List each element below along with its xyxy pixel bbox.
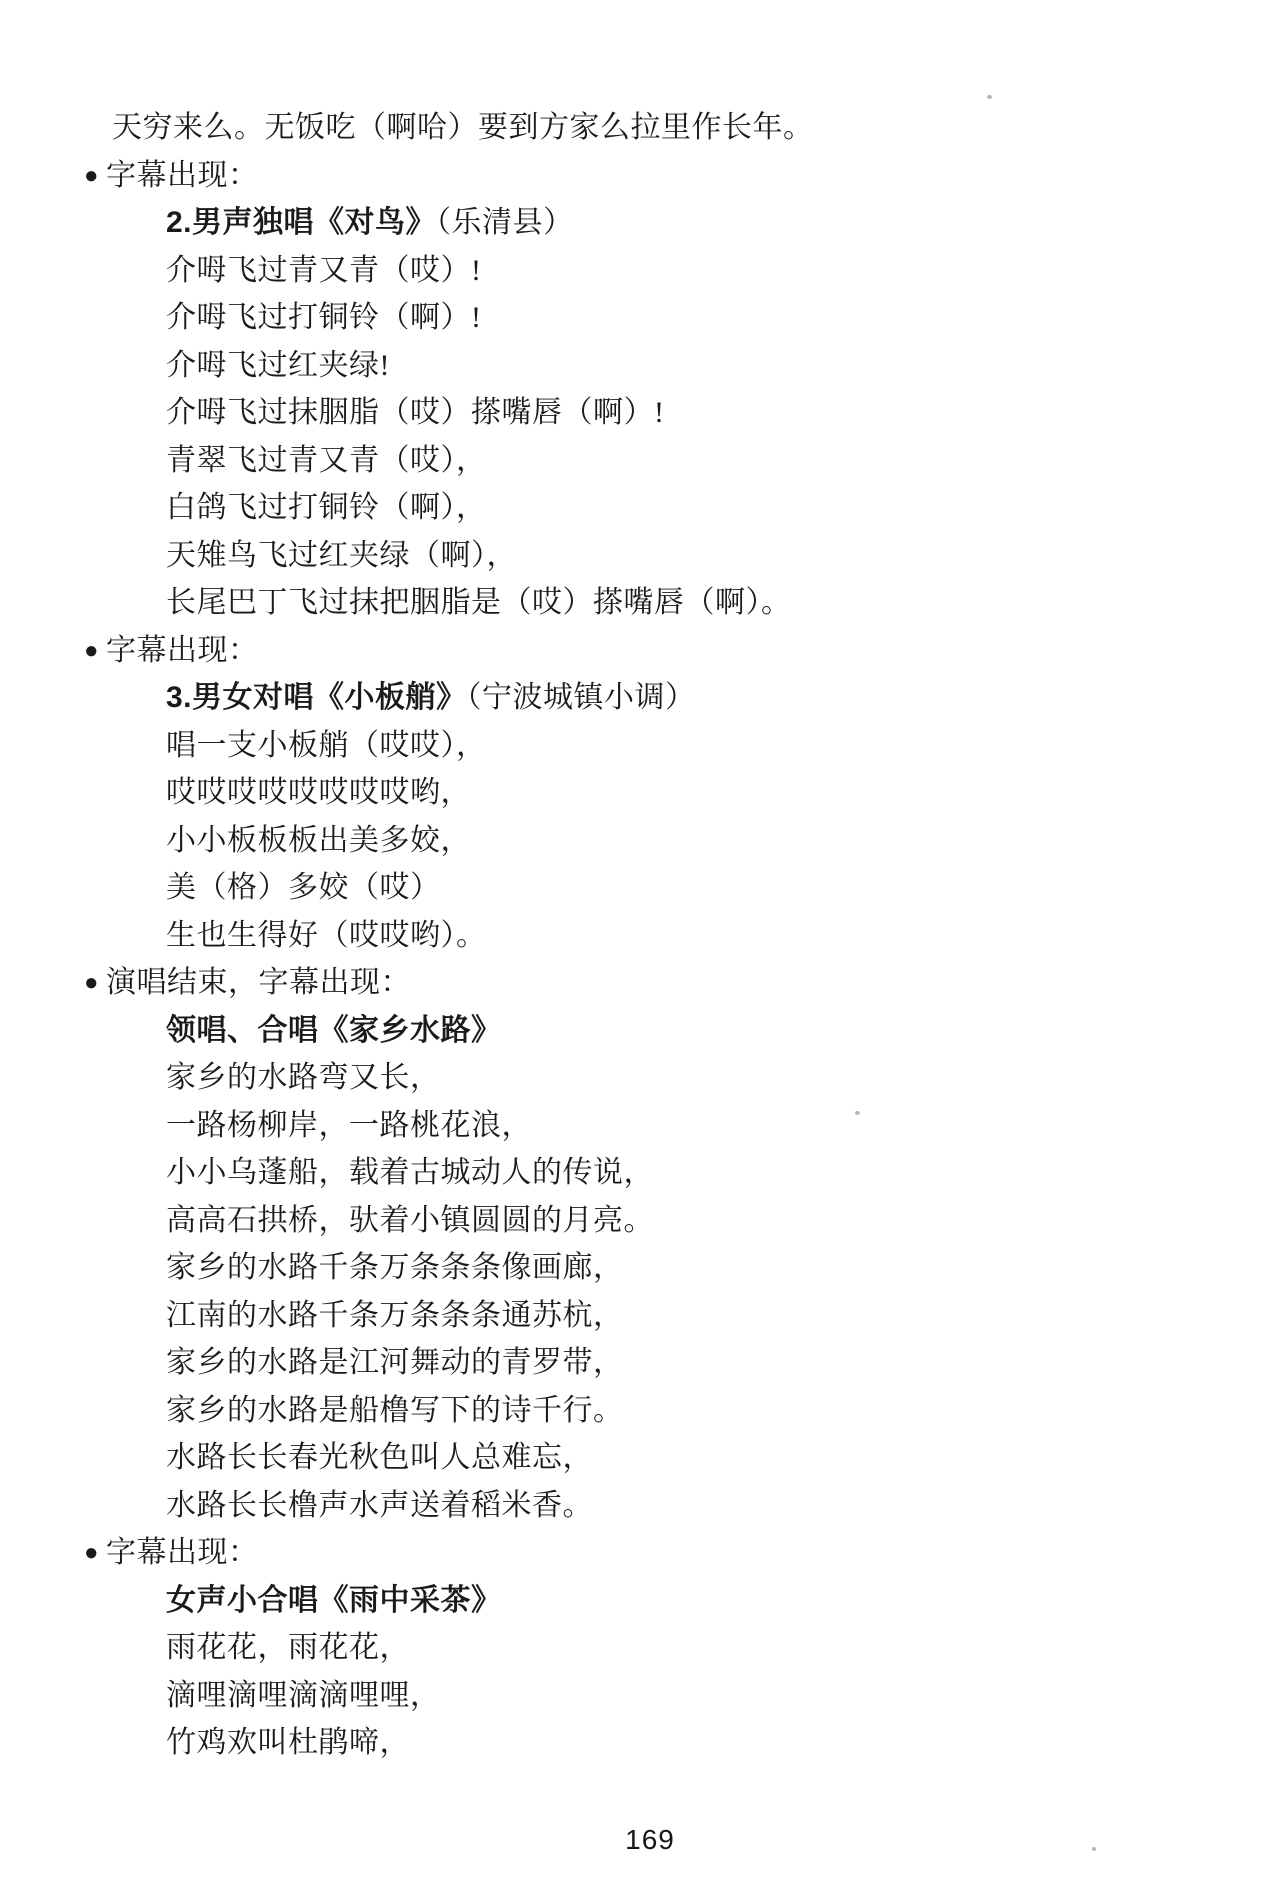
lyric-line: 介呣飞过青又青（哎）!	[0, 247, 1272, 295]
scan-speck	[1092, 1847, 1096, 1851]
scan-speck	[855, 1111, 860, 1115]
lyric-line: 家乡的水路弯又长，	[0, 1054, 1272, 1102]
bullet-icon: ●	[84, 163, 99, 189]
bullet-line: ●字幕出现：	[0, 627, 1272, 675]
page-content: 天穷来么。无饭吃（啊哈）要到方家么拉里作长年。●字幕出现：2.男声独唱《对鸟》（…	[0, 104, 1272, 1767]
lyric-line: 小小板板板出美多姣，	[0, 817, 1272, 865]
scan-speck	[987, 95, 992, 99]
lyric-line: 美（格）多姣（哎）	[0, 864, 1272, 912]
lyric-line: 江南的水路千条万条条条通苏杭，	[0, 1292, 1272, 1340]
lyric-line: 天雉鸟飞过红夹绿（啊），	[0, 532, 1272, 580]
bullet-line: ●演唱结束，字幕出现：	[0, 959, 1272, 1007]
bullet-line: ●字幕出现：	[0, 152, 1272, 200]
bullet-text: 字幕出现：	[106, 159, 259, 192]
bullet-icon: ●	[84, 970, 99, 996]
lyric-line: 小小乌蓬船，载着古城动人的传说，	[0, 1149, 1272, 1197]
lyric-line: 高高石拱桥，驮着小镇圆圆的月亮。	[0, 1197, 1272, 1245]
lyric-line: 白鸽飞过打铜铃（啊），	[0, 484, 1272, 532]
song-heading-source: （宁波城镇小调）	[467, 681, 696, 714]
lyric-line: 长尾巴丁飞过抹把胭脂是（哎）搽嘴唇（啊）。	[0, 579, 1272, 627]
lyric-line: 家乡的水路千条万条条条像画廊，	[0, 1244, 1272, 1292]
lyric-line: 滴哩滴哩滴滴哩哩，	[0, 1672, 1272, 1720]
bullet-text: 字幕出现：	[106, 634, 259, 667]
song-heading-title: 3.男女对唱《小板艄》	[166, 681, 467, 714]
bullet-icon: ●	[84, 638, 99, 664]
song-heading: 领唱、合唱《家乡水路》	[0, 1007, 1272, 1055]
paragraph-line: 天穷来么。无饭吃（啊哈）要到方家么拉里作长年。	[0, 104, 1272, 152]
lyric-line: 介呣飞过打铜铃（啊）!	[0, 294, 1272, 342]
lyric-line: 介呣飞过抹胭脂（哎）搽嘴唇（啊）!	[0, 389, 1272, 437]
song-heading: 3.男女对唱《小板艄》（宁波城镇小调）	[0, 674, 1272, 722]
page-number: 169	[14, 1824, 1272, 1856]
bullet-icon: ●	[84, 1540, 99, 1566]
lyric-line: 家乡的水路是船橹写下的诗千行。	[0, 1387, 1272, 1435]
lyric-line: 哎哎哎哎哎哎哎哎哟，	[0, 769, 1272, 817]
bullet-text: 字幕出现：	[106, 1536, 259, 1569]
bullet-text: 演唱结束，字幕出现：	[106, 966, 411, 999]
song-heading: 女声小合唱《雨中采茶》	[0, 1577, 1272, 1625]
lyric-line: 家乡的水路是江河舞动的青罗带，	[0, 1339, 1272, 1387]
lyric-line: 水路长长橹声水声送着稻米香。	[0, 1482, 1272, 1530]
lyric-line: 唱一支小板艄（哎哎），	[0, 722, 1272, 770]
lyric-line: 青翠飞过青又青（哎），	[0, 437, 1272, 485]
song-heading: 2.男声独唱《对鸟》（乐清县）	[0, 199, 1272, 247]
bullet-line: ●字幕出现：	[0, 1529, 1272, 1577]
scanned-document-page: 天穷来么。无饭吃（啊哈）要到方家么拉里作长年。●字幕出现：2.男声独唱《对鸟》（…	[0, 0, 1272, 1896]
lyric-line: 介呣飞过红夹绿!	[0, 342, 1272, 390]
lyric-line: 竹鸡欢叫杜鹃啼，	[0, 1719, 1272, 1767]
lyric-line: 雨花花，雨花花，	[0, 1624, 1272, 1672]
song-heading-title: 2.男声独唱《对鸟》	[166, 206, 436, 239]
song-heading-source: （乐清县）	[436, 206, 574, 239]
lyric-line: 一路杨柳岸，一路桃花浪，	[0, 1102, 1272, 1150]
song-heading-title: 女声小合唱《雨中采茶》	[166, 1584, 502, 1617]
lyric-line: 生也生得好（哎哎哟）。	[0, 912, 1272, 960]
song-heading-title: 领唱、合唱《家乡水路》	[166, 1014, 502, 1047]
lyric-line: 水路长长春光秋色叫人总难忘，	[0, 1434, 1272, 1482]
